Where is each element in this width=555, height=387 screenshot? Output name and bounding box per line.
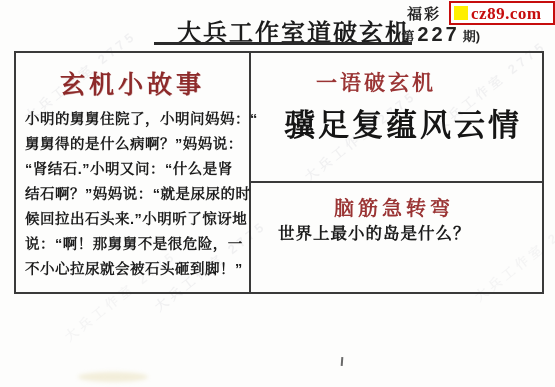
- story-line: “肾结石.”小明又问：“什么是肾: [25, 158, 243, 183]
- story-text: 小明的舅舅住院了，小明问妈妈：“ 舅舅得的是什么病啊？”妈妈说： “肾结石.”小…: [25, 108, 243, 283]
- issue-prefix: 福彩: [407, 3, 441, 24]
- cz89-logo-link[interactable]: cz89.com: [449, 1, 555, 25]
- story-line: 小明的舅舅住院了，小明问妈妈：“: [25, 108, 243, 133]
- issue-close: 期): [463, 29, 480, 44]
- mystery-phrase: 骥足复蕴风云情: [284, 100, 546, 145]
- issue-number-line: (第227期): [397, 24, 480, 47]
- teaser-question: 世界上最小的岛是什么？: [278, 220, 471, 244]
- title-underline: [154, 42, 412, 45]
- story-line: 结石啊？”妈妈说：“就是尿尿的时: [25, 183, 243, 208]
- content-box: 玄机小故事 小明的舅舅住院了，小明问妈妈：“ 舅舅得的是什么病啊？”妈妈说： “…: [14, 51, 544, 294]
- horizontal-divider: [249, 181, 542, 183]
- story-line: 候回拉出石头来.”小明听了惊讶地: [25, 208, 243, 233]
- vertical-divider: [249, 53, 251, 292]
- issue-open: (第: [397, 29, 414, 44]
- scan-stray-mark: [341, 357, 344, 366]
- story-line: 说：“啊！那舅舅不是很危险，一: [25, 233, 243, 258]
- issue-number: 227: [414, 24, 462, 46]
- teaser-section-title: 脑筋急转弯: [334, 192, 454, 221]
- logo-text: cz89.com: [471, 5, 542, 22]
- story-line: 不小心拉尿就会被石头砸到脚！”: [25, 258, 243, 283]
- scanned-lottery-sheet: 大兵工作室 2775 大兵工作室 2775 大兵工作室 2775 大兵工作室 2…: [0, 0, 555, 387]
- scan-smudge: [78, 372, 148, 382]
- logo-yellow-square-icon: [454, 6, 468, 20]
- story-section-title: 玄机小故事: [16, 65, 249, 101]
- phrase-section-title: 一语破玄机: [316, 67, 436, 97]
- story-line: 舅舅得的是什么病啊？”妈妈说：: [25, 133, 243, 158]
